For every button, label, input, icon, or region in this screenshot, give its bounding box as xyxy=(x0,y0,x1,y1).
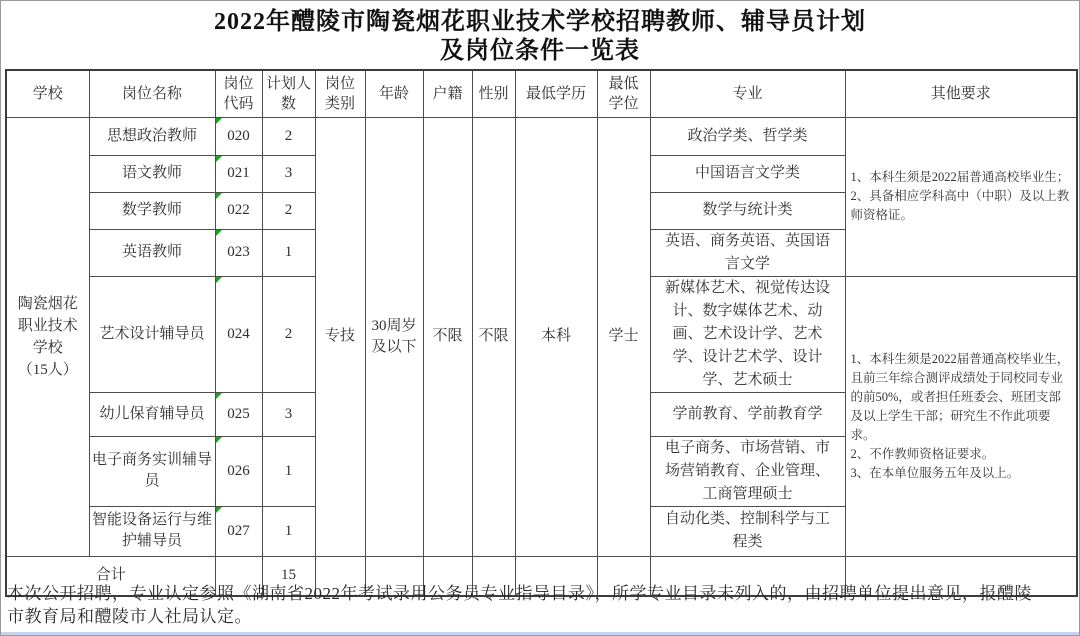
post-name-cell: 智能设备运行与维护辅导员 xyxy=(89,506,215,556)
post-code: 022 xyxy=(227,202,250,218)
post-code-cell: 022 xyxy=(215,192,262,229)
title-line-2: 及岗位条件一览表 xyxy=(1,37,1079,66)
excel-flag-icon xyxy=(216,156,222,162)
col-header-gender: 性别 xyxy=(472,70,515,117)
excel-flag-icon xyxy=(216,277,222,283)
col-header-major: 专业 xyxy=(650,70,845,117)
post-code-cell: 024 xyxy=(215,276,262,392)
excel-flag-icon xyxy=(216,507,222,513)
post-name-cell: 艺术设计辅导员 xyxy=(89,276,215,392)
plan-count-cell: 1 xyxy=(262,506,315,556)
post-code-cell: 025 xyxy=(215,392,262,436)
post-code: 026 xyxy=(227,463,250,479)
major-cell: 数学与统计类 xyxy=(650,192,845,229)
plan-count-cell: 2 xyxy=(262,117,315,155)
footnote: 本次公开招聘，专业认定参照《湖南省2022年考试录用公务员专业指导目录》，所学专… xyxy=(7,582,1043,628)
document-page: 2022年醴陵市陶瓷烟花职业技术学校招聘教师、辅导员计划 及岗位条件一览表 学校… xyxy=(0,0,1080,636)
post-name-cell: 幼儿保育辅导员 xyxy=(89,392,215,436)
post-name-cell: 英语教师 xyxy=(89,229,215,276)
post-code-cell: 023 xyxy=(215,229,262,276)
col-header-age: 年龄 xyxy=(365,70,423,117)
table-row: 陶瓷烟花 职业技术 学校 （15人） 思想政治教师 020 2 专技 30周岁 … xyxy=(6,117,1077,155)
major-cell: 新媒体艺术、视觉传达设计、数字媒体艺术、动画、艺术设计学、艺术学、设计艺术学、设… xyxy=(650,276,845,392)
age-cell: 30周岁 及以下 xyxy=(365,117,423,556)
excel-flag-icon xyxy=(216,193,222,199)
post-code: 025 xyxy=(227,406,250,422)
major-cell: 自动化类、控制科学与工程类 xyxy=(650,506,845,556)
major-cell: 政治学类、哲学类 xyxy=(650,117,845,155)
col-header-min-education: 最低学历 xyxy=(515,70,597,117)
post-code: 027 xyxy=(227,523,250,539)
excel-flag-icon xyxy=(216,118,222,124)
major-cell: 电子商务、市场营销、市场营销教育、企业管理、工商管理硕士 xyxy=(650,436,845,506)
page-title: 2022年醴陵市陶瓷烟花职业技术学校招聘教师、辅导员计划 及岗位条件一览表 xyxy=(1,1,1079,66)
header-row: 学校 岗位名称 岗位 代码 计划人 数 岗位 类别 年龄 户籍 性别 最低学历 … xyxy=(6,70,1077,117)
col-header-plan-count: 计划人 数 xyxy=(262,70,315,117)
bottom-edge-line xyxy=(1,632,1079,635)
col-header-post-code: 岗位 代码 xyxy=(215,70,262,117)
major-cell: 中国语言文学类 xyxy=(650,155,845,192)
col-header-household: 户籍 xyxy=(423,70,472,117)
post-name-cell: 数学教师 xyxy=(89,192,215,229)
min-education-cell: 本科 xyxy=(515,117,597,556)
post-name-cell: 语文教师 xyxy=(89,155,215,192)
major-cell: 学前教育、学前教育学 xyxy=(650,392,845,436)
other-requirements-counselors-cell: 1、本科生须是2022届普通高校毕业生，且前三年综合测评成绩处于同校同专业的前5… xyxy=(845,276,1077,556)
post-code-cell: 020 xyxy=(215,117,262,155)
col-header-school: 学校 xyxy=(6,70,89,117)
plan-count-cell: 1 xyxy=(262,436,315,506)
col-header-post-name: 岗位名称 xyxy=(89,70,215,117)
excel-flag-icon xyxy=(216,230,222,236)
post-code: 023 xyxy=(227,244,250,260)
post-name-cell: 电子商务实训辅导员 xyxy=(89,436,215,506)
other-requirements-teachers-cell: 1、本科生须是2022届普通高校毕业生； 2、具备相应学科高中（中职）及以上教师… xyxy=(845,117,1077,276)
excel-flag-icon xyxy=(216,393,222,399)
post-code-cell: 027 xyxy=(215,506,262,556)
plan-count-cell: 3 xyxy=(262,392,315,436)
post-code-cell: 021 xyxy=(215,155,262,192)
post-type-cell: 专技 xyxy=(315,117,365,556)
post-code-cell: 026 xyxy=(215,436,262,506)
post-code: 021 xyxy=(227,165,250,181)
col-header-post-type: 岗位 类别 xyxy=(315,70,365,117)
plan-count-cell: 3 xyxy=(262,155,315,192)
major-cell: 英语、商务英语、英国语言文学 xyxy=(650,229,845,276)
col-header-min-degree: 最低 学位 xyxy=(597,70,650,117)
post-code: 024 xyxy=(227,326,250,342)
plan-count-cell: 1 xyxy=(262,229,315,276)
school-cell: 陶瓷烟花 职业技术 学校 （15人） xyxy=(6,117,89,556)
recruitment-table: 学校 岗位名称 岗位 代码 计划人 数 岗位 类别 年龄 户籍 性别 最低学历 … xyxy=(5,69,1078,597)
post-name-cell: 思想政治教师 xyxy=(89,117,215,155)
min-degree-cell: 学士 xyxy=(597,117,650,556)
plan-count-cell: 2 xyxy=(262,192,315,229)
plan-count-cell: 2 xyxy=(262,276,315,392)
household-cell: 不限 xyxy=(423,117,472,556)
post-code: 020 xyxy=(227,128,250,144)
col-header-other-requirements: 其他要求 xyxy=(845,70,1077,117)
excel-flag-icon xyxy=(216,437,222,443)
gender-cell: 不限 xyxy=(472,117,515,556)
title-line-1: 2022年醴陵市陶瓷烟花职业技术学校招聘教师、辅导员计划 xyxy=(1,8,1079,37)
